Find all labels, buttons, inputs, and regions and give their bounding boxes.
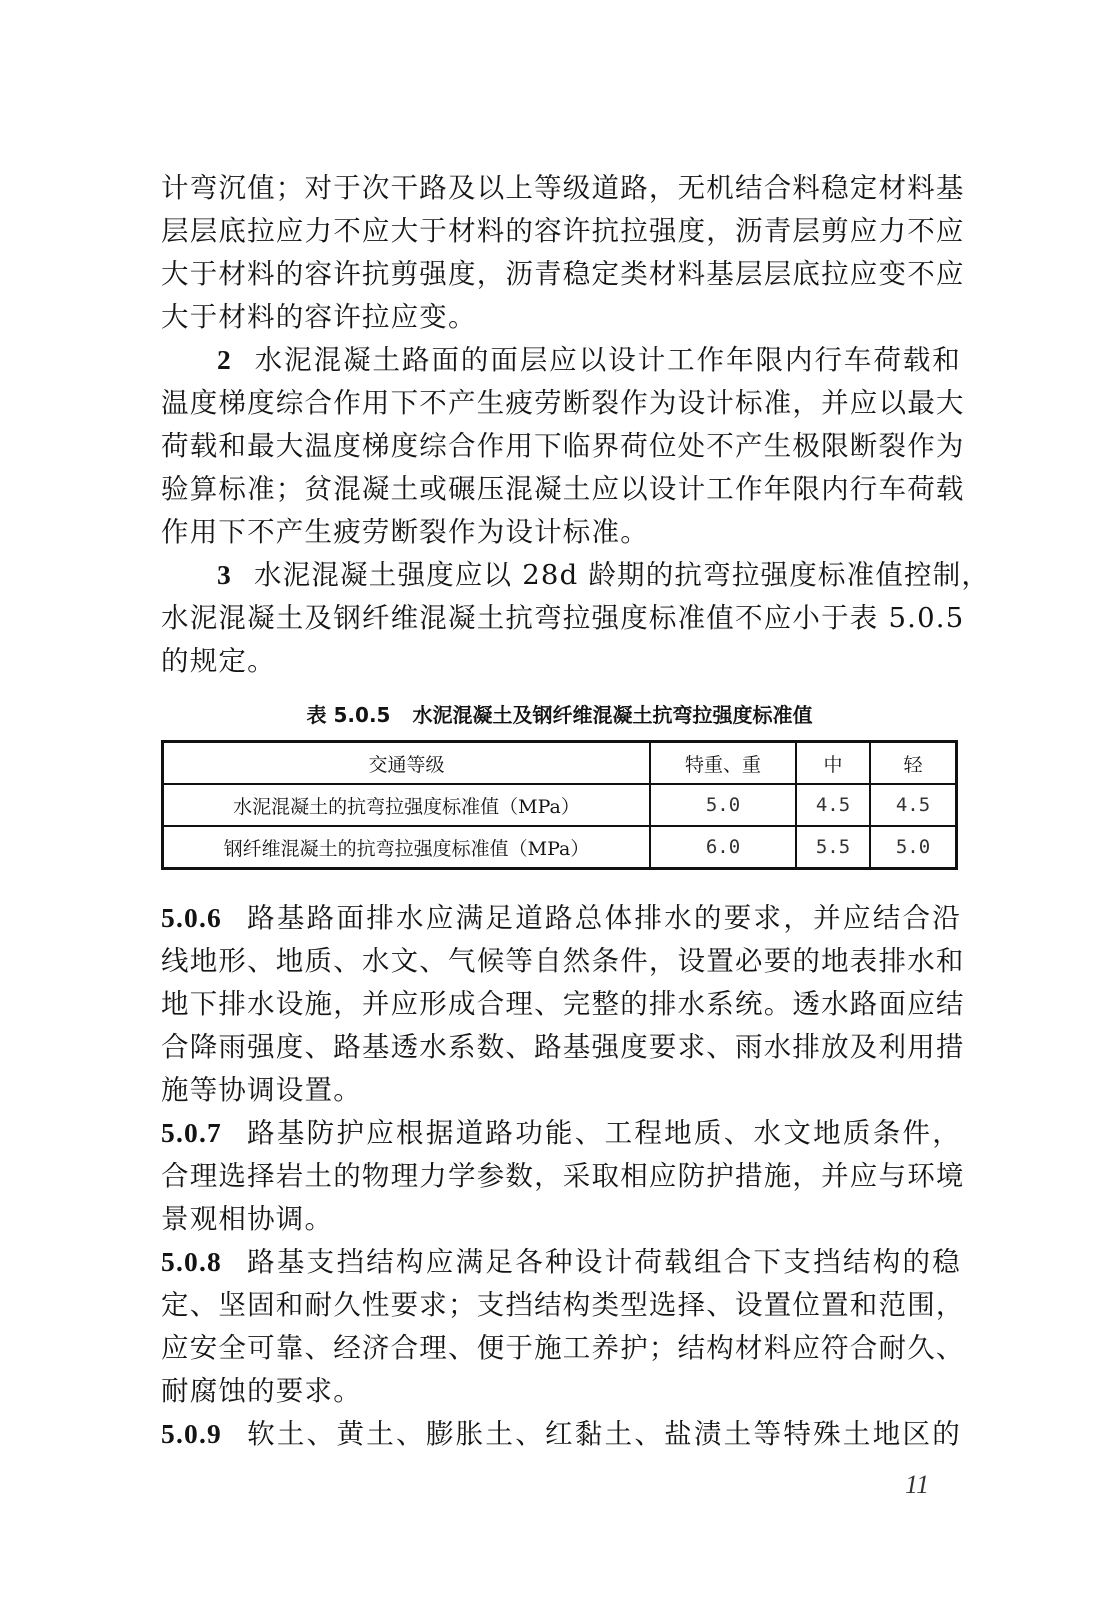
table-cell: 5.0 [650,784,796,826]
clause-number: 5.0.8 [161,1246,222,1277]
paragraph-line: 温度梯度综合作用下不产生疲劳断裂作为设计标准，并应以最大 [161,383,961,423]
clause-text: 软土、黄土、膨胀土、红黏土、盐渍土等特殊土地区的 [246,1418,961,1450]
table-cell: 4.5 [796,784,870,826]
table-cell: 5.0 [870,826,957,869]
paragraph-line: 地下排水设施，并应形成合理、完整的排水系统。透水路面应结 [161,984,961,1024]
paragraph-line: 线地形、地质、水文、气候等自然条件，设置必要的地表排水和 [161,941,961,981]
table-caption-number: 表 5.0.5 [307,703,391,727]
item-number: 2 [217,344,232,375]
paragraph-line: 的规定。 [161,641,961,681]
clause-text: 路基路面排水应满足道路总体排水的要求，并应结合沿 [246,902,961,934]
table-row: 钢纤维混凝土的抗弯拉强度标准值（MPa） 6.0 5.5 5.0 [163,826,957,869]
table-header-cell: 特重、重 [650,742,796,785]
paragraph-line: 大于材料的容许拉应变。 [161,297,961,337]
paragraph-line: 合降雨强度、路基透水系数、路基强度要求、雨水排放及利用措 [161,1027,961,1067]
paragraph-line: 荷载和最大温度梯度综合作用下临界荷位处不产生极限断裂作为 [161,426,961,466]
clause-text: 路基支挡结构应满足各种设计荷载组合下支挡结构的稳 [246,1246,961,1278]
table-cell: 4.5 [870,784,957,826]
item-text: 水泥混凝土强度应以 28d 龄期的抗弯拉强度标准值控制， [254,559,990,591]
clause-number: 5.0.9 [161,1418,222,1449]
paragraph-line: 层层底拉应力不应大于材料的容许抗拉强度，沥青层剪应力不应 [161,211,961,251]
paragraph-line: 耐腐蚀的要求。 [161,1371,961,1411]
page-number: 11 [905,1470,929,1500]
item-3-first-line: 3水泥混凝土强度应以 28d 龄期的抗弯拉强度标准值控制， [217,555,961,595]
table-caption: 表 5.0.5水泥混凝土及钢纤维混凝土抗弯拉强度标准值 [161,700,958,730]
table-header-row: 交通等级 特重、重 中 轻 [163,742,957,785]
table-header-cell: 中 [796,742,870,785]
table-header-cell: 轻 [870,742,957,785]
paragraph-line: 景观相协调。 [161,1199,961,1239]
table-cell: 钢纤维混凝土的抗弯拉强度标准值（MPa） [163,826,651,869]
clause-5-0-9-first-line: 5.0.9软土、黄土、膨胀土、红黏土、盐渍土等特殊土地区的 [161,1414,961,1454]
item-2-first-line: 2水泥混凝土路面的面层应以设计工作年限内行车荷载和 [217,340,961,380]
paragraph-line: 验算标准；贫混凝土或碾压混凝土应以设计工作年限内行车荷载 [161,469,961,509]
table-cell: 5.5 [796,826,870,869]
clause-5-0-7-first-line: 5.0.7路基防护应根据道路功能、工程地质、水文地质条件， [161,1113,961,1153]
paragraph-line: 大于材料的容许抗剪强度，沥青稳定类材料基层层底拉应变不应 [161,254,961,294]
clause-number: 5.0.6 [161,902,222,933]
table-caption-title: 水泥混凝土及钢纤维混凝土抗弯拉强度标准值 [412,703,812,727]
clause-number: 5.0.7 [161,1117,222,1148]
table-cell: 6.0 [650,826,796,869]
paragraph-line: 合理选择岩土的物理力学参数，采取相应防护措施，并应与环境 [161,1156,961,1196]
clause-5-0-8-first-line: 5.0.8路基支挡结构应满足各种设计荷载组合下支挡结构的稳 [161,1242,961,1282]
paragraph-line: 定、坚固和耐久性要求；支挡结构类型选择、设置位置和范围， [161,1285,961,1325]
clause-5-0-6-first-line: 5.0.6路基路面排水应满足道路总体排水的要求，并应结合沿 [161,898,961,938]
paragraph-line: 计弯沉值；对于次干路及以上等级道路，无机结合料稳定材料基 [161,168,961,208]
strength-table: 交通等级 特重、重 中 轻 水泥混凝土的抗弯拉强度标准值（MPa） 5.0 4.… [161,740,958,870]
table-row: 水泥混凝土的抗弯拉强度标准值（MPa） 5.0 4.5 4.5 [163,784,957,826]
paragraph-line: 应安全可靠、经济合理、便于施工养护；结构材料应符合耐久、 [161,1328,961,1368]
paragraph-line: 施等协调设置。 [161,1070,961,1110]
paragraph-line: 作用下不产生疲劳断裂作为设计标准。 [161,512,961,552]
document-page: 计弯沉值；对于次干路及以上等级道路，无机结合料稳定材料基 层层底拉应力不应大于材… [0,0,1103,1598]
item-number: 3 [217,559,232,590]
paragraph-line: 水泥混凝土及钢纤维混凝土抗弯拉强度标准值不应小于表 5.0.5 [161,598,961,638]
clause-text: 路基防护应根据道路功能、工程地质、水文地质条件， [246,1117,961,1149]
table-header-cell: 交通等级 [163,742,651,785]
table-cell: 水泥混凝土的抗弯拉强度标准值（MPa） [163,784,651,826]
item-text: 水泥混凝土路面的面层应以设计工作年限内行车荷载和 [254,344,961,376]
